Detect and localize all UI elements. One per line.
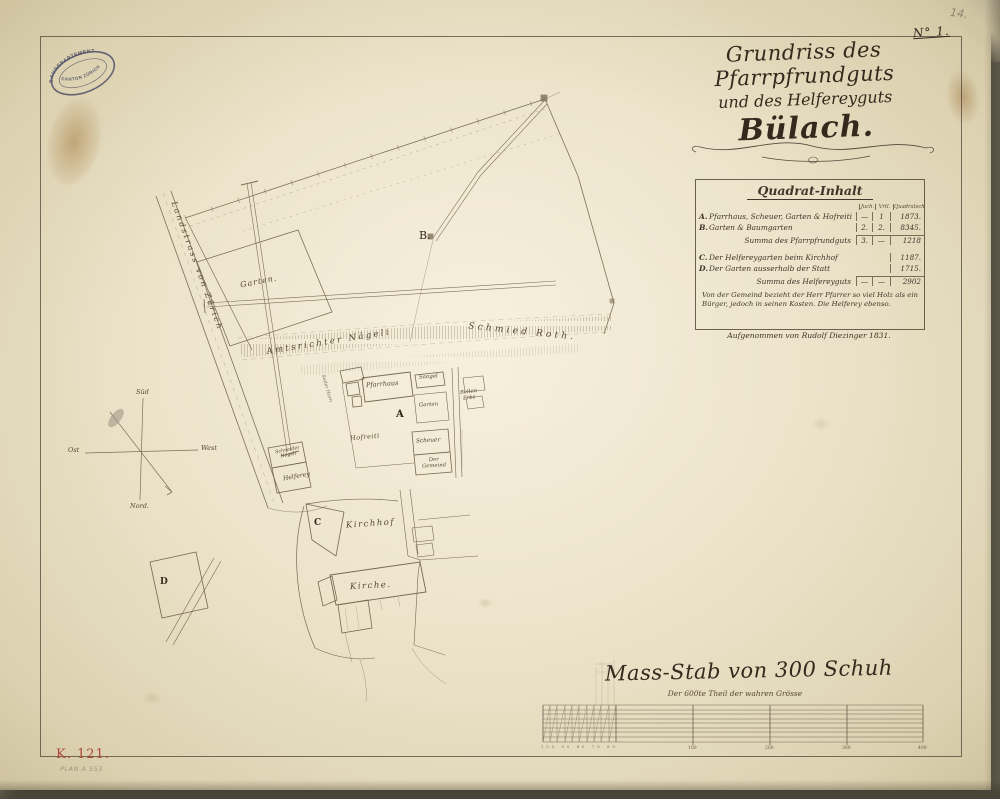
col-schuh: Quadratschuh <box>893 204 924 210</box>
scale-major-300: 300 <box>842 746 851 751</box>
scanned-plan: BAUDEPARTEMENT CANTON ZÜRICH 14. N° 1. K… <box>0 0 1000 799</box>
scale-major-200: 200 <box>765 746 774 751</box>
label-gemeind: Der Gemeind <box>418 457 451 470</box>
area-table-title: Quadrat-Inhalt <box>696 183 924 198</box>
label-garten-small: Garten <box>419 402 439 409</box>
compass-ost: Ost <box>68 447 79 454</box>
parcel-b <box>185 92 614 350</box>
scale-minor-labels: 100 90 80 70 60 50 40 30 20 10 <box>541 745 621 749</box>
corner-page-number: 14. <box>949 7 968 21</box>
compass-sued: Süd <box>136 389 149 396</box>
col-vrtl: Vrtl. <box>875 204 893 210</box>
scale-major-400: 400 <box>918 746 927 751</box>
svg-text:CANTON ZÜRICH: CANTON ZÜRICH <box>59 61 102 87</box>
area-table: Quadrat-Inhalt Juch. Vrtl. Quadratschuh … <box>695 179 925 330</box>
parcel-d <box>150 552 221 645</box>
scale-subtitle: Der 600te Theil der wahren Grösse <box>635 690 835 698</box>
archive-number-pencil: PLAN A 553 <box>60 766 103 773</box>
archive-number-red: K. 121. <box>56 748 110 762</box>
col-juch: Juch. <box>859 204 875 210</box>
stamp-bottom-text: CANTON ZÜRICH <box>59 61 102 87</box>
garden-parcel <box>197 181 556 456</box>
table-subtotal-row: Summa des Helfereyguts ——2902 <box>696 275 924 286</box>
table-row: A.Pfarrhaus, Scheuer, Garten & Hofreiti … <box>696 210 924 221</box>
label-parcel-d: D <box>160 578 168 587</box>
scale-major-100: 100 <box>688 746 697 751</box>
compass-nord: Nord. <box>130 503 149 510</box>
farm-buildings <box>340 367 485 478</box>
map-title: Grundriss des Pfarrpfrundguts und des He… <box>638 34 971 151</box>
label-parcel-a: A <box>396 410 404 421</box>
compass-rose <box>85 398 198 500</box>
scale-title: Mass-Stab von 300 Schuh <box>605 657 855 684</box>
table-row: C.Der Helfereygarten beim Kirchhof 1187. <box>696 251 924 262</box>
label-parcel-c: C <box>314 519 321 528</box>
table-row: B.Garten & Baumgarten 2.2.8345. <box>696 221 924 232</box>
table-note: Von der Gemeind bezieht der Herr Pfarrer… <box>702 291 920 308</box>
table-subtotal-row: Summa des Pfarrpfrundguts 3.—1218 <box>696 234 924 245</box>
label-scheuer: Scheuer <box>416 437 441 444</box>
surveyor-credit: Aufgenommen von Rudolf Diezinger 1831. <box>695 331 923 340</box>
table-row: D.Der Garten ausserhalb der Statt 1715. <box>696 262 924 273</box>
title-line1: Grundriss des Pfarrpfrundguts <box>638 34 969 93</box>
compass-west: West <box>201 445 217 452</box>
label-parcel-b: B. <box>419 230 431 242</box>
